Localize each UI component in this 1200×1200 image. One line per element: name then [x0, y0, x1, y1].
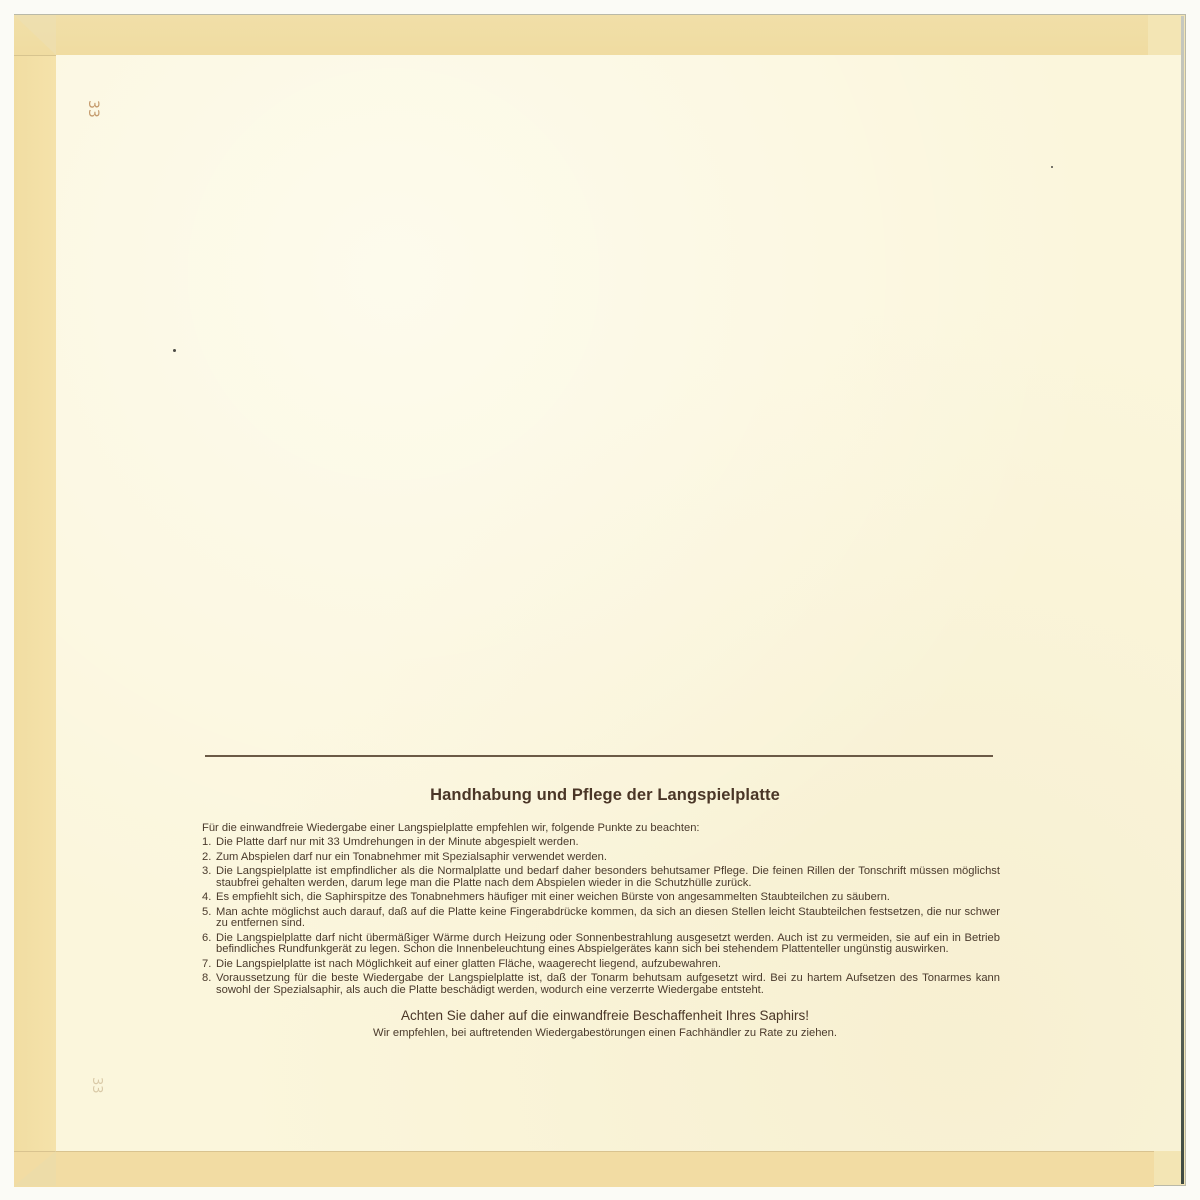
- care-item-text: Die Langspielplatte ist nach Möglichkeit…: [216, 958, 721, 970]
- care-instructions: Handhabung und Pflege der Langspielplatt…: [205, 786, 1005, 1039]
- care-item-text: Es empfiehlt sich, die Saphirspitze des …: [216, 891, 890, 903]
- care-advice: Wir empfehlen, bei auftretenden Wiederga…: [205, 1027, 1005, 1039]
- record-sleeve-scan: 33 33 Handhabung und Pflege der Langspie…: [0, 0, 1200, 1200]
- top-left-miter-corner: [14, 15, 56, 55]
- care-item: 1.Die Platte darf nur mit 33 Umdrehungen…: [202, 837, 1000, 849]
- care-item-number: 2.: [202, 852, 211, 864]
- care-item: 3.Die Langspielplatte ist empfindlicher …: [202, 866, 1000, 889]
- care-item-text: Die Langspielplatte darf nicht übermäßig…: [216, 932, 1000, 956]
- care-warning: Achten Sie daher auf die einwandfreie Be…: [205, 1008, 1005, 1023]
- paper-speck: [1051, 166, 1053, 168]
- care-item-text: Die Platte darf nur mit 33 Umdrehungen i…: [216, 836, 579, 848]
- care-item: 8.Voraussetzung für die beste Wiedergabe…: [202, 973, 1000, 996]
- speed-mark-stamp: 33: [85, 100, 101, 118]
- sleeve-right-edge: [1181, 16, 1184, 1184]
- bottom-tape-flap: [14, 1151, 1154, 1187]
- care-item: 6.Die Langspielplatte darf nicht übermäß…: [202, 933, 1000, 956]
- care-item-text: Die Langspielplatte ist empfindlicher al…: [216, 865, 1000, 889]
- care-title: Handhabung und Pflege der Langspielplatt…: [205, 786, 1005, 805]
- speed-mark-stamp-faded: 33: [89, 1077, 104, 1094]
- care-item-number: 3.: [202, 866, 211, 878]
- care-intro: Für die einwandfreie Wiedergabe einer La…: [202, 821, 1005, 835]
- care-item-text: Zum Abspielen darf nur ein Tonabnehmer m…: [216, 851, 607, 863]
- top-tape-flap: [14, 15, 1148, 56]
- care-item: 2.Zum Abspielen darf nur ein Tonabnehmer…: [202, 852, 1000, 864]
- care-item: 4.Es empfiehlt sich, die Saphirspitze de…: [202, 892, 1000, 904]
- care-item-number: 7.: [202, 959, 211, 971]
- bottom-left-miter-corner: [14, 1151, 56, 1186]
- care-item-number: 1.: [202, 837, 211, 849]
- care-item-text: Man achte möglichst auch darauf, daß auf…: [216, 906, 1000, 930]
- care-item: 5.Man achte möglichst auch darauf, daß a…: [202, 907, 1000, 930]
- care-item-number: 6.: [202, 933, 211, 945]
- paper-speck: [173, 349, 176, 352]
- care-list: 1.Die Platte darf nur mit 33 Umdrehungen…: [205, 837, 1005, 996]
- care-item-number: 8.: [202, 973, 211, 985]
- care-item-text: Voraussetzung für die beste Wiedergabe d…: [216, 972, 1000, 996]
- care-item-number: 5.: [202, 907, 211, 919]
- section-divider-rule: [205, 755, 993, 757]
- care-item: 7.Die Langspielplatte ist nach Möglichke…: [202, 959, 1000, 971]
- left-tape-flap: [14, 15, 57, 1186]
- care-item-number: 4.: [202, 892, 211, 904]
